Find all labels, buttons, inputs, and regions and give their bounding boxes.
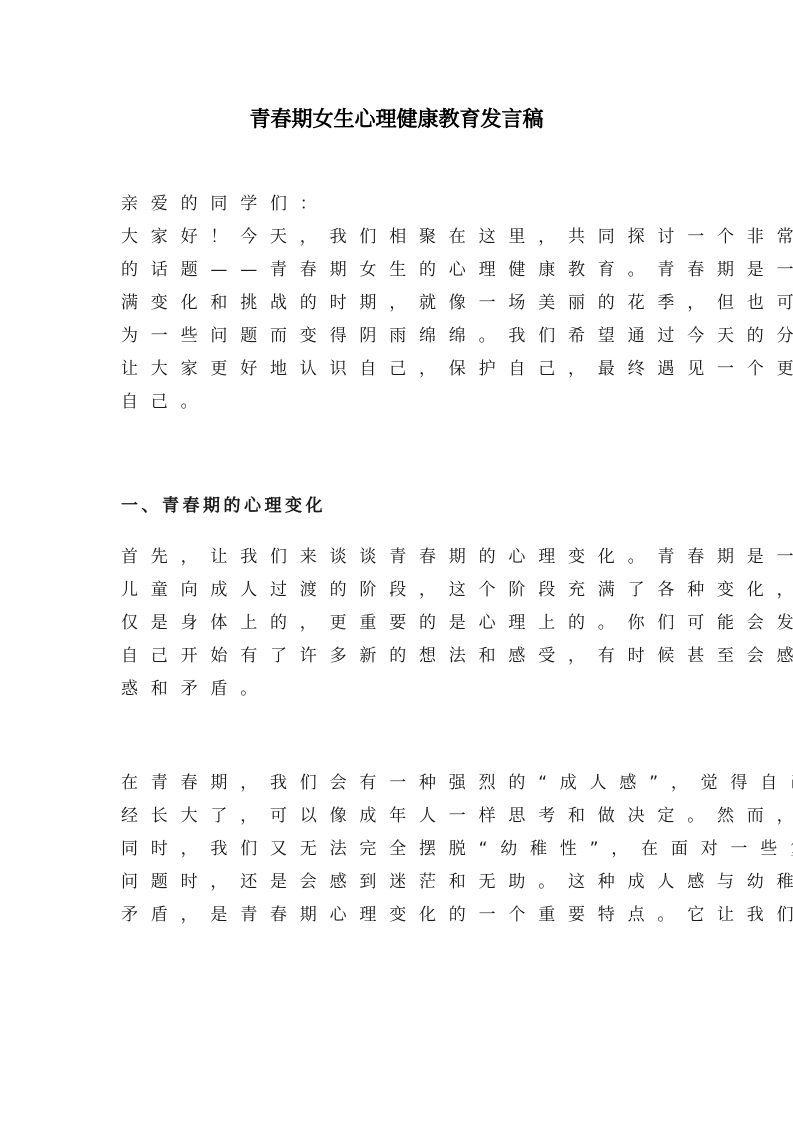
paragraph-line: 自己开始有了许多新的想法和感受，有时候甚至会感到困 xyxy=(121,640,667,673)
section-paragraph-1: 首先，让我们来谈谈青春期的心理变化。青春期是一个从 儿童向成人过渡的阶段，这个阶… xyxy=(121,541,667,706)
document-title: 青春期女生心理健康教育发言稿 xyxy=(0,104,793,134)
section-heading-text: 一、青春期的心理变化 xyxy=(121,490,667,523)
intro-paragraph: 大家好！今天，我们相聚在这里，共同探讨一个非常重要 的话题——青春期女生的心理健… xyxy=(121,221,667,419)
greeting: 亲爱的同学们： xyxy=(121,188,667,221)
paragraph-line: 儿童向成人过渡的阶段，这个阶段充满了各种变化，不仅 xyxy=(121,574,667,607)
paragraph-line: 首先，让我们来谈谈青春期的心理变化。青春期是一个从 xyxy=(121,541,667,574)
paragraph-line: 矛盾，是青春期心理变化的一个重要特点。它让我们在成 xyxy=(121,899,667,932)
paragraph-line: 为一些问题而变得阴雨绵绵。我们希望通过今天的分享， xyxy=(121,320,667,353)
section-heading: 一、青春期的心理变化 xyxy=(121,490,667,523)
paragraph-line: 同时，我们又无法完全摆脱“幼稚性”，在面对一些复杂 xyxy=(121,833,667,866)
paragraph-line: 自己。 xyxy=(121,386,667,419)
paragraph-line: 让大家更好地认识自己，保护自己，最终遇见一个更好的 xyxy=(121,353,667,386)
paragraph-line: 惑和矛盾。 xyxy=(121,673,667,706)
paragraph-line: 经长大了，可以像成年人一样思考和做决定。然而，与此 xyxy=(121,800,667,833)
paragraph-line: 问题时，还是会感到迷茫和无助。这种成人感与幼稚性的 xyxy=(121,866,667,899)
paragraph-line: 的话题——青春期女生的心理健康教育。青春期是一个充 xyxy=(121,254,667,287)
section-paragraph-2: 在青春期，我们会有一种强烈的“成人感”，觉得自己已 经长大了，可以像成年人一样思… xyxy=(121,767,667,932)
paragraph-line: 仅是身体上的，更重要的是心理上的。你们可能会发现， xyxy=(121,607,667,640)
paragraph-line: 满变化和挑战的时期，就像一场美丽的花季，但也可能因 xyxy=(121,287,667,320)
greeting-text: 亲爱的同学们： xyxy=(121,188,667,221)
document-page: 青春期女生心理健康教育发言稿 亲爱的同学们： 大家好！今天，我们相聚在这里，共同… xyxy=(0,0,793,1122)
paragraph-line: 在青春期，我们会有一种强烈的“成人感”，觉得自己已 xyxy=(121,767,667,800)
paragraph-line: 大家好！今天，我们相聚在这里，共同探讨一个非常重要 xyxy=(121,221,667,254)
